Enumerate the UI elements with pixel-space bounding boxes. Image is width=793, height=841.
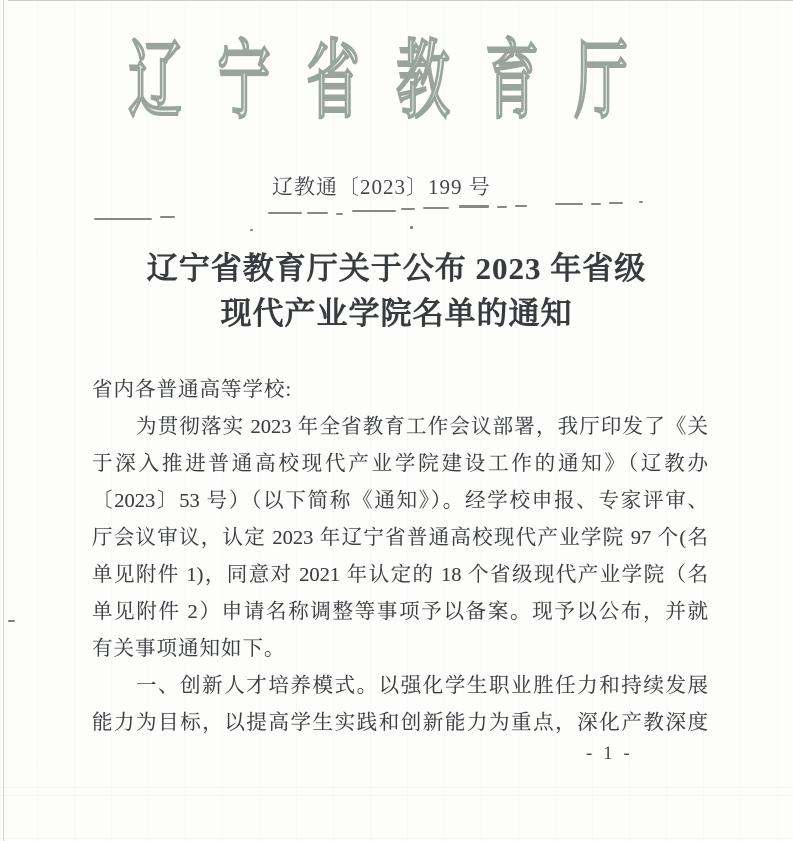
document-title: 辽宁省教育厅关于公布 2023 年省级 现代产业学院名单的通知 — [0, 246, 793, 336]
scan-rule-dash — [515, 205, 527, 207]
document-title-line1: 辽宁省教育厅关于公布 2023 年省级 — [0, 246, 793, 291]
scan-rule-dash — [639, 201, 643, 203]
agency-char: 省 — [307, 38, 360, 124]
scanned-document-page: { "page": { "page_number": "- 1 -" }, "h… — [0, 0, 793, 841]
agency-char: 辽 — [128, 38, 181, 124]
page-number: - 1 - — [586, 743, 633, 765]
body-line: 单见附件 1)，同意对 2021 年认定的 18 个省级现代产业学院（名 — [92, 557, 708, 594]
scan-rule-dash — [268, 212, 302, 214]
scan-rule-dash — [401, 208, 415, 210]
salutation: 省内各普通高等学校: — [92, 372, 708, 409]
scan-artifact-line — [0, 795, 793, 796]
body-line: 单见附件 2）申请名称调整等事项予以备案。现予以公布，并就 — [92, 594, 708, 631]
scan-edge-left — [3, 0, 4, 841]
scan-artifact-line — [0, 787, 793, 788]
scan-rule-dash — [94, 218, 152, 220]
agency-char: 教 — [396, 38, 449, 124]
scan-edge-top — [8, 0, 793, 1]
agency-char: 育 — [485, 38, 538, 124]
body-line: 为贯彻落实 2023 年全省教育工作会议部署，我厅印发了《关 — [92, 409, 708, 446]
scan-rule-dash — [459, 205, 489, 208]
document-title-line2: 现代产业学院名单的通知 — [0, 291, 793, 336]
scan-speck — [410, 226, 413, 229]
scan-rule-dash — [609, 202, 623, 204]
agency-char: 厅 — [574, 38, 627, 124]
scan-rule-dash — [336, 213, 343, 215]
body-line: 厅会议审议，认定 2023 年辽宁省普通高校现代产业学院 97 个(名 — [92, 520, 708, 557]
scan-rule-dash — [352, 210, 396, 212]
body-lines: 为贯彻落实 2023 年全省教育工作会议部署，我厅印发了《关于深入推进普通高校现… — [92, 409, 708, 742]
body-line: 〔2023〕53 号）（以下简称《通知》）。经学校申报、专家评审、 — [92, 483, 708, 520]
scan-artifact-line — [0, 838, 793, 839]
document-number: 辽教通〔2023〕199 号 — [272, 173, 491, 201]
body-line: 于深入推进普通高校现代产业学院建设工作的通知》（辽教办 — [92, 446, 708, 483]
scan-speck — [8, 620, 15, 622]
scan-rule-dash — [591, 203, 601, 205]
scan-rule-dash — [307, 212, 328, 214]
document-body: 省内各普通高等学校: 为贯彻落实 2023 年全省教育工作会议部署，我厅印发了《… — [92, 372, 708, 742]
body-line: 一、创新人才培养模式。以强化学生职业胜任力和持续发展 — [92, 668, 708, 705]
body-line: 有关事项通知如下。 — [92, 631, 708, 668]
agency-char: 宁 — [218, 38, 271, 124]
agency-letterhead: 辽 宁 省 教 育 厅 — [112, 38, 644, 124]
body-line: 能力为目标，以提高学生实践和创新能力为重点，深化产教深度 — [92, 705, 708, 742]
scan-rule-dash — [160, 216, 175, 218]
scan-rule-dash — [497, 206, 507, 208]
scan-speck — [250, 229, 253, 231]
scan-rule-dash — [423, 207, 449, 209]
scan-rule-dash — [555, 203, 583, 205]
